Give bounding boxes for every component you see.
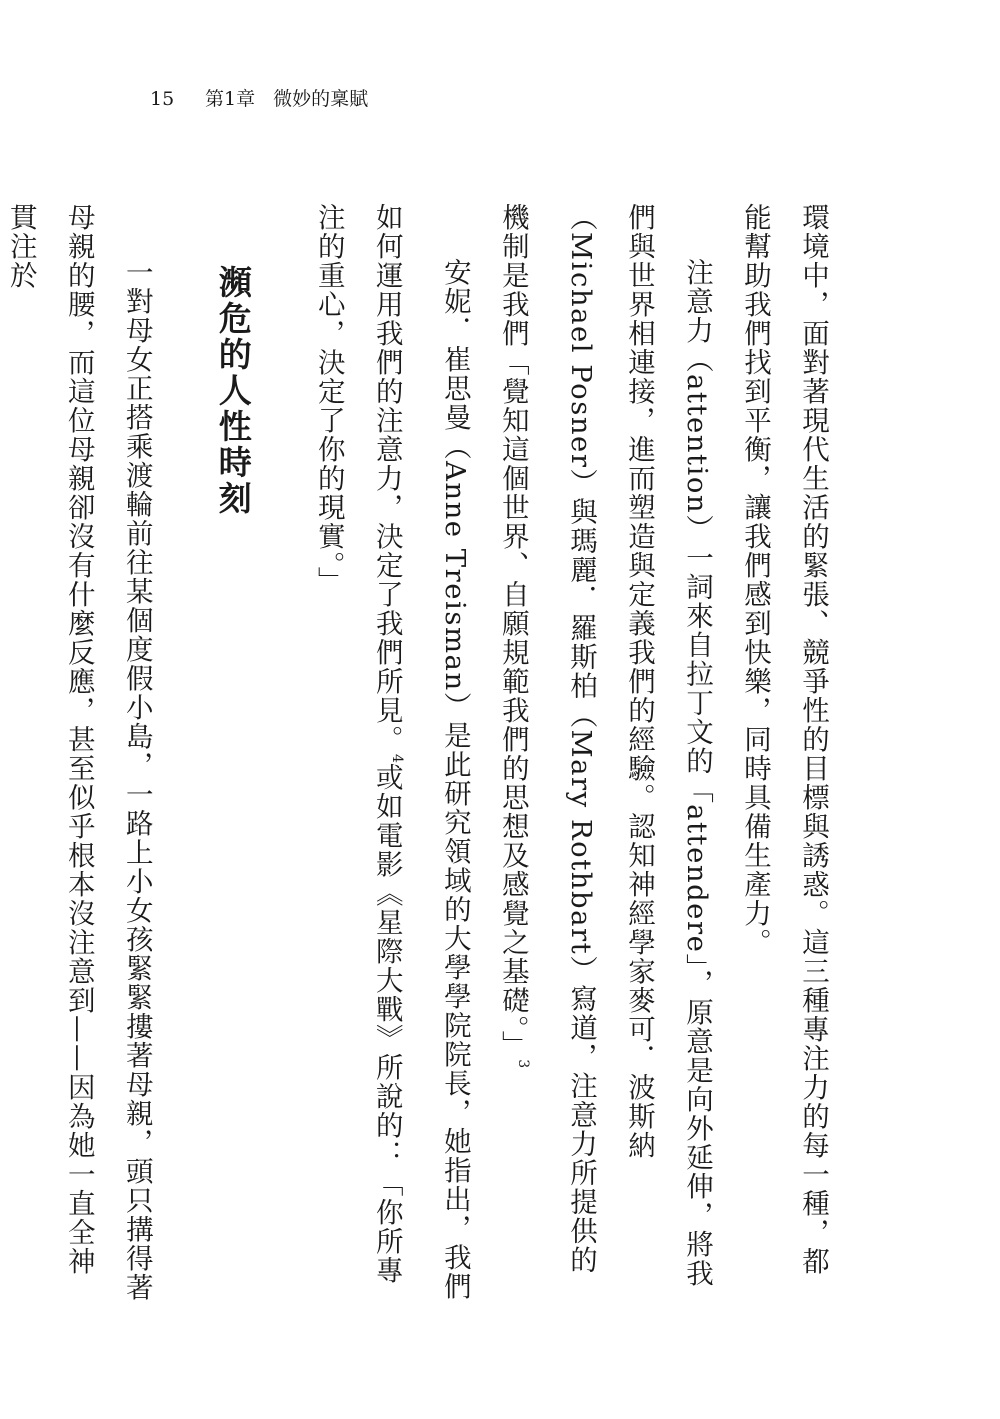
paragraph-ferry: 一對母女正搭乘渡輪前往某個度假小島，一路上小女孩緊緊摟著母親，頭只搆得著母親的腰… — [0, 203, 166, 1303]
paragraph-treisman: 安妮．崔思曼（Anne Treisman）是此研究領域的大學學院院長，她指出，我… — [300, 203, 484, 1303]
paragraph-continuation: 環境中，面對著現代生活的緊張、競爭性的目標與誘惑。這三種專注力的每一種，都能幫助… — [726, 203, 842, 1303]
footnote-marker: 4 — [389, 754, 405, 763]
vertical-body-text: 環境中，面對著現代生活的緊張、競爭性的目標與誘惑。這三種專注力的每一種，都能幫助… — [0, 203, 842, 1303]
paragraph-text: 注意力（attention）一詞來自拉丁文的「attendere」，原意是向外延… — [497, 203, 713, 1288]
chapter-label: 第1章 — [205, 84, 255, 111]
paragraph-attention: 注意力（attention）一詞來自拉丁文的「attendere」，原意是向外延… — [484, 203, 726, 1303]
page-number: 15 — [150, 88, 205, 110]
chapter-title: 微妙的稟賦 — [273, 84, 368, 111]
section-heading: 瀕危的人性時刻 — [204, 203, 262, 1303]
running-header: 15 第1章 微妙的稟賦 — [150, 84, 368, 111]
footnote-marker: 3 — [515, 1059, 531, 1068]
